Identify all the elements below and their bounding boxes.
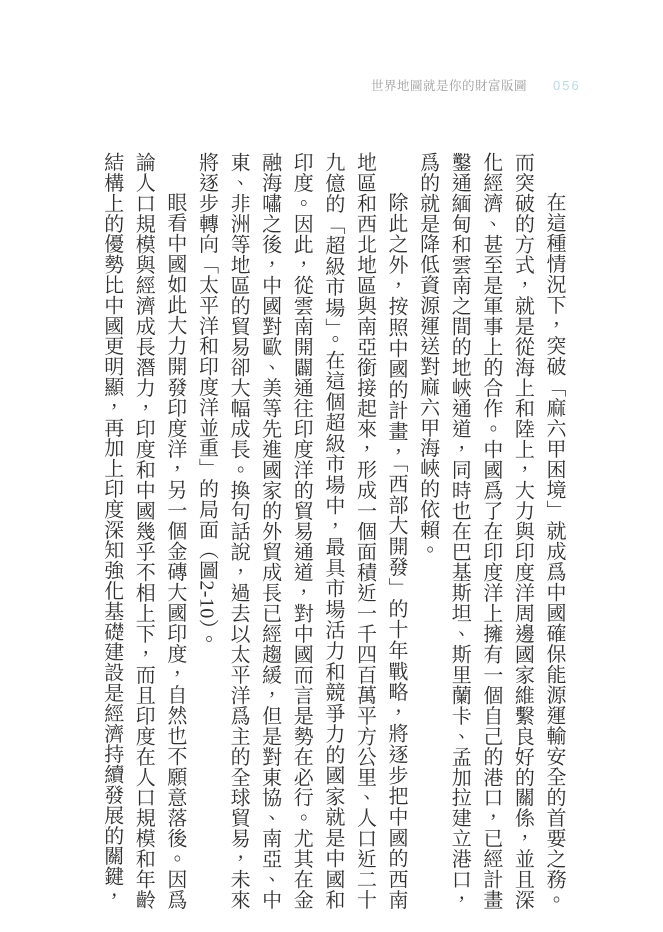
vertical-text-block: 在這種情況下，突破「麻六甲困境」就成爲中國確保能源運輸安全的首要之務。而突破的方… (95, 152, 569, 910)
book-page: 世界地圖就是你的財富版圖 056 在這種情況下，突破「麻六甲困境」就成爲中國確保… (0, 0, 663, 932)
running-title: 世界地圖就是你的財富版圖 (371, 76, 527, 94)
paragraph-1: 在這種情況下，突破「麻六甲困境」就成爲中國確保能源運輸安全的首要之務。而突破的方… (411, 152, 569, 910)
paragraph-3: 眼看中國如此大力開發印度洋，另一個金磚大國印度，自然也不願意落後。因爲論人口規模… (95, 152, 190, 910)
page-number: 056 (553, 78, 581, 93)
page-header: 世界地圖就是你的財富版圖 056 (371, 76, 581, 94)
paragraph-2: 除此之外，按照中國的計畫，「西部大開發」的十年戰略，將逐步把中國的西南地區和西北… (190, 152, 411, 910)
